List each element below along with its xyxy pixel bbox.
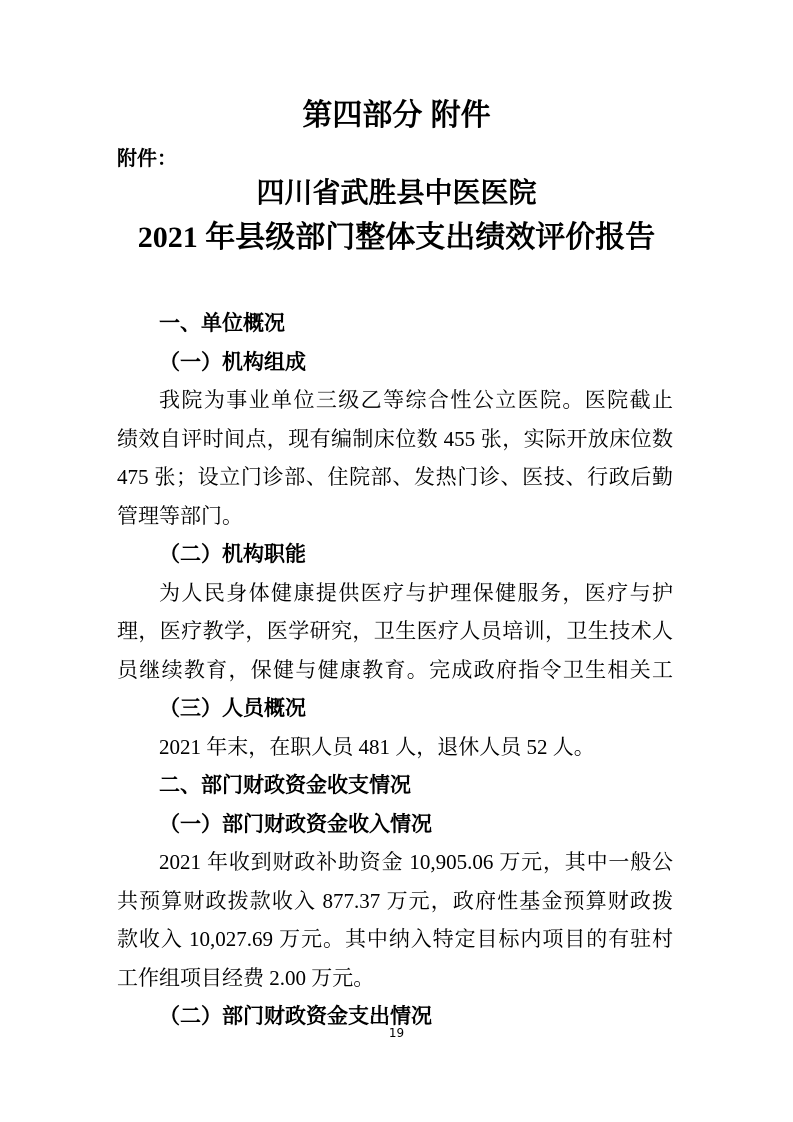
para-org-functions-line: 理，医疗教学，医学研究，卫生医疗人员培训，卫生技术人 xyxy=(117,612,673,651)
para-org-composition-line: 绩效自评时间点，现有编制床位数 455 张，实际开放床位数 xyxy=(117,420,673,459)
heading-2-fiscal-funds: 二、部门财政资金收支情况 xyxy=(117,766,673,805)
para-org-functions-line: 为人民身体健康提供医疗与护理保健服务，医疗与护 xyxy=(117,574,673,613)
para-fiscal-income-line: 款收入 10,027.69 万元。其中纳入特定目标内项目的有驻村 xyxy=(117,920,673,959)
heading-1-3-personnel-overview: （三）人员概况 xyxy=(117,689,673,728)
para-fiscal-income-line: 2021 年收到财政补助资金 10,905.06 万元，其中一般公 xyxy=(117,843,673,882)
document-page: 第四部分 附件 附件： 四川省武胜县中医医院 2021 年县级部门整体支出绩效评… xyxy=(0,0,793,1122)
document-header: 第四部分 附件 附件： 四川省武胜县中医医院 2021 年县级部门整体支出绩效评… xyxy=(0,0,793,304)
heading-2-1-fiscal-income: （一）部门财政资金收入情况 xyxy=(117,805,673,844)
page-number: 19 xyxy=(0,1026,793,1040)
document-body: 一、单位概况 （一）机构组成 我院为事业单位三级乙等综合性公立医院。医院截止 绩… xyxy=(0,304,793,1036)
para-fiscal-income-line: 工作组项目经费 2.00 万元。 xyxy=(117,959,673,998)
report-title-line1: 四川省武胜县中医医院 xyxy=(0,177,793,211)
para-org-functions-line: 员继续教育，保健与健康教育。完成政府指令卫生相关工作。 xyxy=(117,651,673,690)
para-org-composition-line: 475 张；设立门诊部、住院部、发热门诊、医技、行政后勤 xyxy=(117,458,673,497)
para-fiscal-income-line: 共预算财政拨款收入 877.37 万元，政府性基金预算财政拨 xyxy=(117,882,673,921)
para-org-composition-line: 我院为事业单位三级乙等综合性公立医院。医院截止 xyxy=(117,381,673,420)
report-title-line2: 2021 年县级部门整体支出绩效评价报告 xyxy=(0,219,793,257)
heading-1-unit-overview: 一、单位概况 xyxy=(117,304,673,343)
heading-1-2-org-functions: （二）机构职能 xyxy=(117,535,673,574)
para-personnel-line: 2021 年末，在职人员 481 人，退休人员 52 人。 xyxy=(117,728,673,767)
part-title: 第四部分 附件 xyxy=(0,98,793,134)
para-org-composition-line: 管理等部门。 xyxy=(117,497,673,536)
heading-1-1-org-composition: （一）机构组成 xyxy=(117,343,673,382)
attachment-label: 附件： xyxy=(117,146,793,172)
